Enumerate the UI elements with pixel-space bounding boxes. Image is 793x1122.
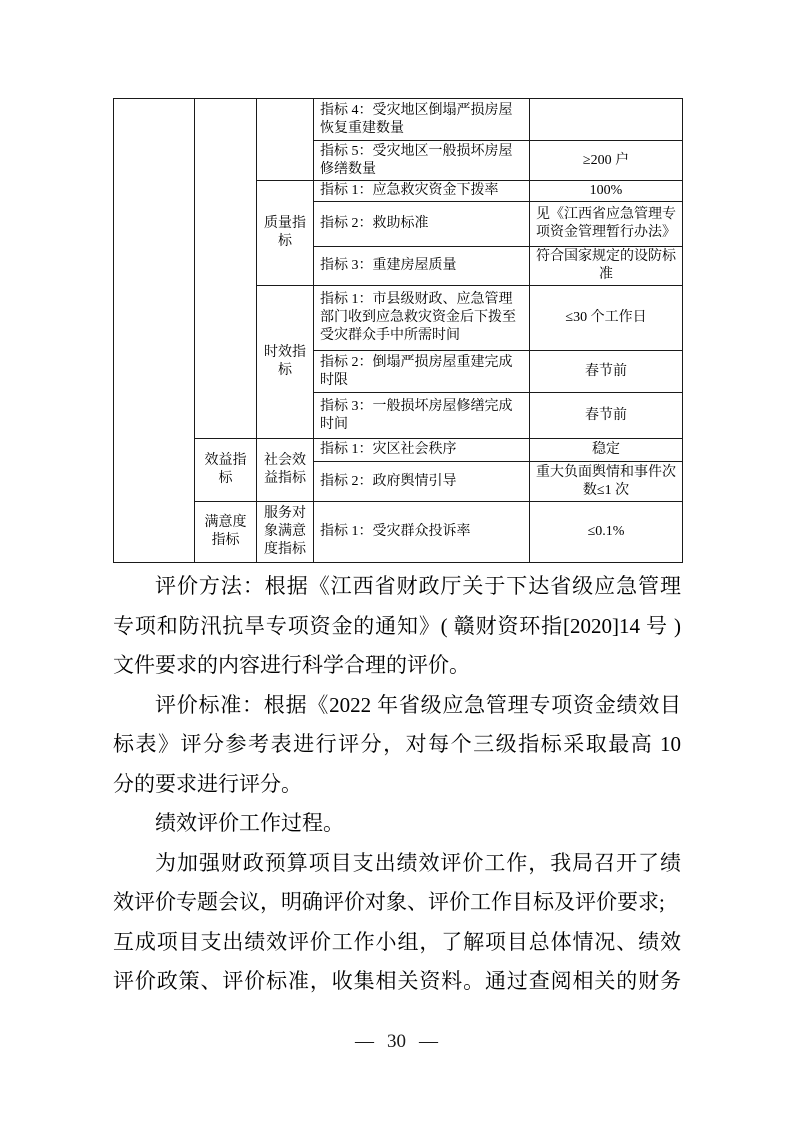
group-cell-satisfaction: 满意度指标 — [195, 502, 257, 563]
indicator-cell: 指标 5：受灾地区一般损坏房屋修缮数量 — [314, 141, 530, 181]
level3-empty-cell — [257, 99, 314, 181]
group-cell-quality: 质量指标 — [257, 181, 314, 286]
indicator-cell: 指标 4：受灾地区倒塌严损房屋恢复重建数量 — [314, 99, 530, 141]
indicator-cell: 指标 2：政府舆情引导 — [314, 462, 530, 502]
value-cell: 符合国家规定的设防标准 — [530, 247, 683, 286]
indicator-cell: 指标 1：市县级财政、应急管理部门收到应急救灾资金后下拨至受灾群众手中所需时间 — [314, 286, 530, 351]
paragraph-line: 分的要求进行评分。 — [113, 765, 681, 805]
paragraph-line: 评价政策、评价标准，收集相关资料。通过查阅相关的财务 — [113, 962, 681, 1002]
paragraph-line: 评价标准：根据《2022 年省级应急管理专项资金绩效目 — [113, 686, 681, 726]
value-cell: 稳定 — [530, 439, 683, 462]
group-cell-benefit: 效益指标 — [195, 439, 257, 502]
paragraph-line: 互成项目支出绩效评价工作小组，了解项目总体情况、绩效 — [113, 923, 681, 963]
indicator-cell: 指标 1：受灾群众投诉率 — [314, 502, 530, 563]
value-cell: 见《江西省应急管理专项资金管理暂行办法》 — [530, 202, 683, 247]
indicator-cell: 指标 1：应急救灾资金下拨率 — [314, 181, 530, 202]
value-cell: 春节前 — [530, 393, 683, 439]
paragraph-evaluation-standard: 评价标准：根据《2022 年省级应急管理专项资金绩效目 标表》评分参考表进行评分… — [113, 686, 681, 805]
paragraph-work-process-heading: 绩效评价工作过程。 — [113, 804, 681, 844]
paragraph-line: 专项和防汛抗旱专项资金的通知》( 赣财资环指[2020]14 号 ) — [113, 607, 681, 647]
group-cell-social-benefit: 社会效益指标 — [257, 439, 314, 502]
paragraph-line: 效评价专题会议，明确评价对象、评价工作目标及评价要求; — [113, 883, 681, 923]
body-text: 评价方法：根据《江西省财政厅关于下达省级应急管理 专项和防汛抗旱专项资金的通知》… — [113, 567, 681, 1002]
indicator-cell: 指标 1：灾区社会秩序 — [314, 439, 530, 462]
paragraph-line: 绩效评价工作过程。 — [113, 804, 681, 844]
value-cell: 重大负面舆情和事件次数≤1 次 — [530, 462, 683, 502]
indicator-cell: 指标 3：重建房屋质量 — [314, 247, 530, 286]
indicator-cell: 指标 2：倒塌严损房屋重建完成时限 — [314, 351, 530, 393]
table-row: 满意度指标 服务对象满意度指标 指标 1：受灾群众投诉率 ≤0.1% — [114, 502, 683, 563]
value-cell: ≤0.1% — [530, 502, 683, 563]
value-cell: ≥200 户 — [530, 141, 683, 181]
level2-empty-cell — [195, 99, 257, 439]
paragraph-line: 文件要求的内容进行科学合理的评价。 — [113, 646, 681, 686]
table-row: 效益指标 社会效益指标 指标 1：灾区社会秩序 稳定 — [114, 439, 683, 462]
group-cell-service-satisfaction: 服务对象满意度指标 — [257, 502, 314, 563]
value-cell: ≤30 个工作日 — [530, 286, 683, 351]
value-cell: 100% — [530, 181, 683, 202]
paragraph-work-process-body: 为加强财政预算项目支出绩效评价工作，我局召开了绩 效评价专题会议，明确评价对象、… — [113, 844, 681, 1002]
level1-empty-cell — [114, 99, 195, 563]
group-cell-timeliness: 时效指标 — [257, 286, 314, 439]
document-page: 指标 4：受灾地区倒塌严损房屋恢复重建数量 指标 5：受灾地区一般损坏房屋修缮数… — [0, 0, 793, 1122]
paragraph-line: 评价方法：根据《江西省财政厅关于下达省级应急管理 — [113, 567, 681, 607]
value-cell: 春节前 — [530, 351, 683, 393]
indicator-cell: 指标 2：救助标准 — [314, 202, 530, 247]
page-number: 30 — [387, 1031, 406, 1053]
table-row: 指标 4：受灾地区倒塌严损房屋恢复重建数量 — [114, 99, 683, 141]
paragraph-line: 为加强财政预算项目支出绩效评价工作，我局召开了绩 — [113, 844, 681, 884]
value-cell — [530, 99, 683, 141]
performance-indicator-table: 指标 4：受灾地区倒塌严损房屋恢复重建数量 指标 5：受灾地区一般损坏房屋修缮数… — [113, 98, 683, 563]
footer-dash-right: — — [419, 1031, 438, 1053]
paragraph-line: 标表》评分参考表进行评分，对每个三级指标采取最高 10 — [113, 725, 681, 765]
footer-dash-left: — — [355, 1031, 374, 1053]
paragraph-evaluation-method: 评价方法：根据《江西省财政厅关于下达省级应急管理 专项和防汛抗旱专项资金的通知》… — [113, 567, 681, 686]
page-footer: — 30 — — [0, 1031, 793, 1053]
indicator-cell: 指标 3：一般损坏房屋修缮完成时间 — [314, 393, 530, 439]
